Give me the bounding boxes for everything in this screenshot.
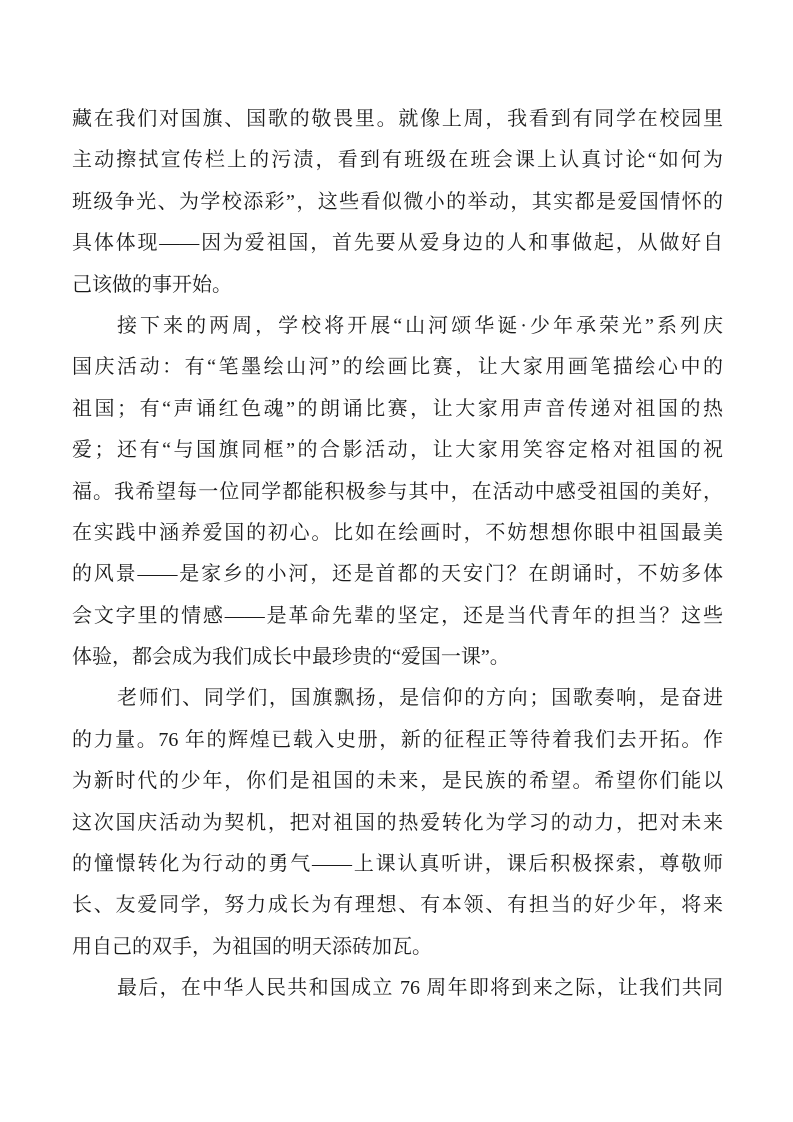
text-line: 藏在我们对国旗、国歌的敬畏里。就像上周，我看到有同学在校园里 <box>72 99 723 140</box>
document-content: 藏在我们对国旗、国歌的敬畏里。就像上周，我看到有同学在校园里 主动擦拭宣传栏上的… <box>72 99 723 1010</box>
text-line: 的力量。76 年的辉煌已载入史册，新的征程正等待着我们去开拓。作 <box>72 720 723 761</box>
text-line: 接下来的两周，学校将开展“山河颂华诞·少年承荣光”系列庆 <box>72 306 723 347</box>
text-line: 祖国；有“声诵红色魂”的朗诵比赛，让大家用声音传递对祖国的热 <box>72 389 723 430</box>
text-line: 的憧憬转化为行动的勇气——上课认真听讲，课后积极探索，尊敬师 <box>72 844 723 885</box>
text-line: 福。我希望每一位同学都能积极参与其中，在活动中感受祖国的美好， <box>72 472 723 513</box>
text-line: 班级争光、为学校添彩”，这些看似微小的举动，其实都是爱国情怀的 <box>72 182 723 223</box>
text-line: 这次国庆活动为契机，把对祖国的热爱转化为学习的动力，把对未来 <box>72 803 723 844</box>
paragraph: 老师们、同学们，国旗飘扬，是信仰的方向；国歌奏响，是奋进 的力量。76 年的辉煌… <box>72 678 723 968</box>
text-line: 具体体现——因为爱祖国，首先要从爱身边的人和事做起，从做好自 <box>72 223 723 264</box>
text-line: 己该做的事开始。 <box>72 265 723 306</box>
text-line: 最后，在中华人民共和国成立 76 周年即将到来之际，让我们共同 <box>72 968 723 1009</box>
text-line: 会文字里的情感——是革命先辈的坚定，还是当代青年的担当？这些 <box>72 596 723 637</box>
text-line: 在实践中涵养爱国的初心。比如在绘画时，不妨想想你眼中祖国最美 <box>72 513 723 554</box>
text-line: 体验，都会成为我们成长中最珍贵的“爱国一课”。 <box>72 637 723 678</box>
paragraph: 接下来的两周，学校将开展“山河颂华诞·少年承荣光”系列庆 国庆活动：有“笔墨绘山… <box>72 306 723 679</box>
text-line: 长、友爱同学，努力成长为有理想、有本领、有担当的好少年，将来 <box>72 885 723 926</box>
text-line: 爱；还有“与国旗同框”的合影活动，让大家用笑容定格对祖国的祝 <box>72 430 723 471</box>
paragraph: 藏在我们对国旗、国歌的敬畏里。就像上周，我看到有同学在校园里 主动擦拭宣传栏上的… <box>72 99 723 306</box>
text-line: 的风景——是家乡的小河，还是首都的天安门？在朗诵时，不妨多体 <box>72 554 723 595</box>
document-page: 藏在我们对国旗、国歌的敬畏里。就像上周，我看到有同学在校园里 主动擦拭宣传栏上的… <box>0 0 793 1122</box>
text-line: 老师们、同学们，国旗飘扬，是信仰的方向；国歌奏响，是奋进 <box>72 678 723 719</box>
text-line: 用自己的双手，为祖国的明天添砖加瓦。 <box>72 927 723 968</box>
text-line: 为新时代的少年，你们是祖国的未来，是民族的希望。希望你们能以 <box>72 761 723 802</box>
text-line: 主动擦拭宣传栏上的污渍，看到有班级在班会课上认真讨论“如何为 <box>72 140 723 181</box>
paragraph: 最后，在中华人民共和国成立 76 周年即将到来之际，让我们共同 <box>72 968 723 1009</box>
text-line: 国庆活动：有“笔墨绘山河”的绘画比赛，让大家用画笔描绘心中的 <box>72 347 723 388</box>
